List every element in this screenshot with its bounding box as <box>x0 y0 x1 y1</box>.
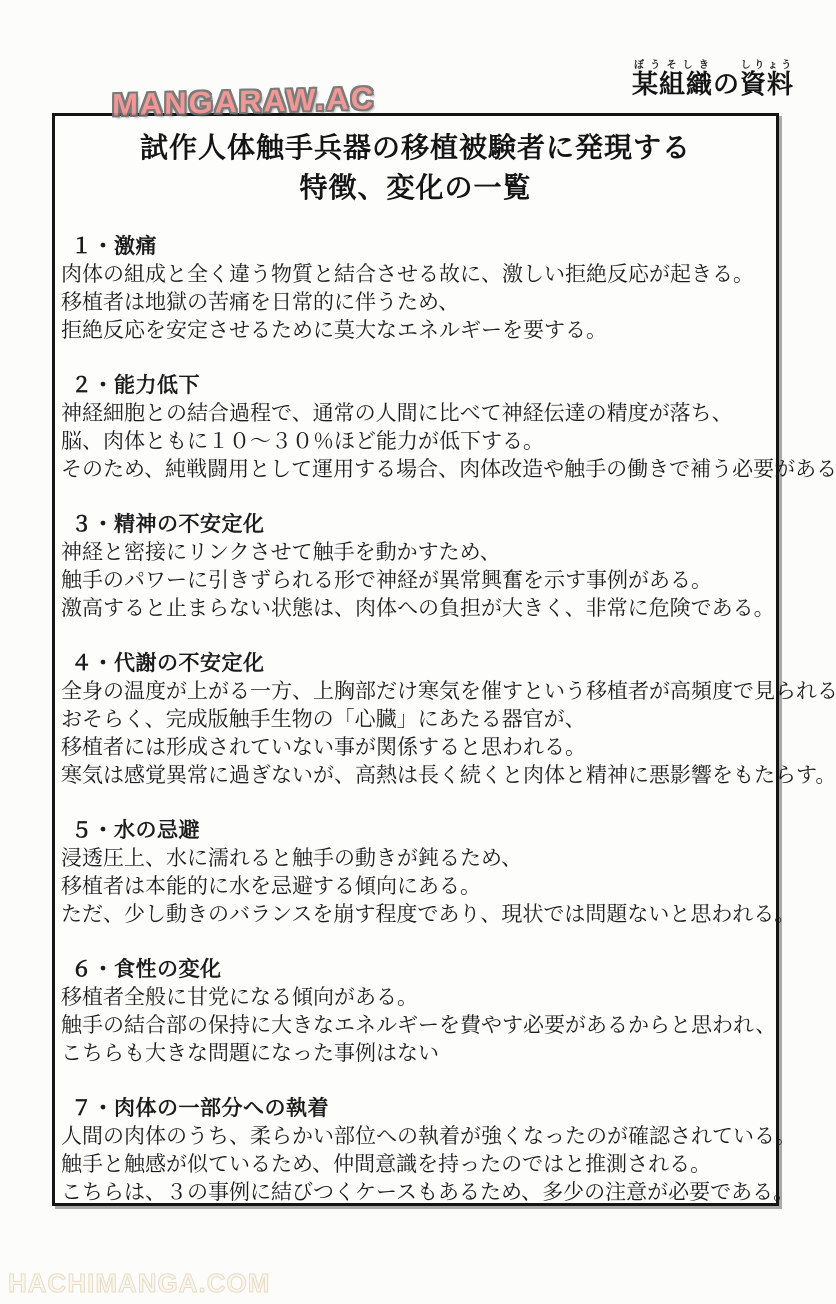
section-lines: 浸透圧上、水に濡れると触手の動きが鈍るため、移植者は本能的に水を忌避する傾向にあ… <box>61 844 770 928</box>
section: ２・能力低下 神経細胞との結合過程で、通常の人間に比べて神経伝達の精度が落ち、脳… <box>61 371 770 483</box>
section-heading: ３・精神の不安定化 <box>61 510 770 538</box>
section-line: 拒絶反応を安定させるために莫大なエネルギーを要する。 <box>61 316 770 344</box>
section-heading: ４・代謝の不安定化 <box>61 649 770 677</box>
section-lines: 人間の肉体のうち、柔らかい部位への執着が強くなったのが確認されている。触手と触感… <box>61 1122 770 1206</box>
document-title-line-2: 特徴、変化の一覧 <box>61 169 770 209</box>
section-heading: ５・水の忌避 <box>61 816 770 844</box>
section-line: 移植者には形成されていない事が関係すると思われる。 <box>61 733 770 761</box>
section-line: 移植者全般に甘党になる傾向がある。 <box>61 983 770 1011</box>
section-line: こちらは、３の事例に結びつくケースもあるため、多少の注意が必要である。 <box>61 1178 770 1206</box>
section-line: 触手の結合部の保持に大きなエネルギーを費やす必要があるからと思われ、 <box>61 1011 770 1039</box>
section-list: １・激痛 肉体の組成と全く違う物質と結合させる故に、激しい拒絶反応が起きる。移植… <box>61 232 770 1206</box>
section-line: 触手のパワーに引きずられる形で神経が異常興奮を示す事例がある。 <box>61 566 770 594</box>
section-line: 神経と密接にリンクさせて触手を動かすため、 <box>61 538 770 566</box>
section-line: おそらく、完成版触手生物の「心臓」にあたる器官が、 <box>61 705 770 733</box>
section-lines: 神経細胞との結合過程で、通常の人間に比べて神経伝達の精度が落ち、脳、肉体ともに１… <box>61 399 770 483</box>
section-line: ただ、少し動きのバランスを崩す程度であり、現状では問題ないと思われる。 <box>61 900 770 928</box>
section-line: 肉体の組成と全く違う物質と結合させる故に、激しい拒絶反応が起きる。 <box>61 260 770 288</box>
section-line: 神経細胞との結合過程で、通常の人間に比べて神経伝達の精度が落ち、 <box>61 399 770 427</box>
document-title: 試作人体触手兵器の移植被験者に発現する 特徴、変化の一覧 <box>61 129 770 209</box>
section-line: そのため、純戦闘用として運用する場合、肉体改造や触手の働きで補う必要がある。 <box>61 455 770 483</box>
section: ３・精神の不安定化 神経と密接にリンクさせて触手を動かすため、触手のパワーに引き… <box>61 510 770 622</box>
section: １・激痛 肉体の組成と全く違う物質と結合させる故に、激しい拒絶反応が起きる。移植… <box>61 232 770 344</box>
section: ７・肉体の一部分への執着 人間の肉体のうち、柔らかい部位への執着が強くなったのが… <box>61 1094 770 1206</box>
section-line: 浸透圧上、水に濡れると触手の動きが鈍るため、 <box>61 844 770 872</box>
section-line: 触手と触感が似ているため、仲間意識を持ったのではと推測される。 <box>61 1150 770 1178</box>
watermark-mangaraw: MANGARAW.AC <box>112 81 375 124</box>
section-line: 全身の温度が上がる一方、上胸部だけ寒気を催すという移植者が高頻度で見られる。 <box>61 677 770 705</box>
section-heading: ６・食性の変化 <box>61 955 770 983</box>
section-lines: 神経と密接にリンクさせて触手を動かすため、触手のパワーに引きずられる形で神経が異… <box>61 538 770 622</box>
ruby-base: 某組織ぼうそしき <box>632 70 713 99</box>
section-lines: 肉体の組成と全く違う物質と結合させる故に、激しい拒絶反応が起きる。移植者は地獄の… <box>61 260 770 344</box>
section-line: 脳、肉体ともに１０～３０％ほど能力が低下する。 <box>61 427 770 455</box>
ruby-furigana: ぼうそしき <box>632 60 713 71</box>
ruby-plain: の <box>713 70 740 99</box>
section-heading: ７・肉体の一部分への執着 <box>61 1094 770 1122</box>
section: ６・食性の変化 移植者全般に甘党になる傾向がある。触手の結合部の保持に大きなエネ… <box>61 955 770 1067</box>
section-lines: 移植者全般に甘党になる傾向がある。触手の結合部の保持に大きなエネルギーを費やす必… <box>61 983 770 1067</box>
section-line: 移植者は本能的に水を忌避する傾向にある。 <box>61 872 770 900</box>
section: ５・水の忌避 浸透圧上、水に濡れると触手の動きが鈍るため、移植者は本能的に水を忌… <box>61 816 770 928</box>
section-heading: ２・能力低下 <box>61 371 770 399</box>
watermark-hachimanga: HACHIMANGA.COM <box>8 1268 270 1299</box>
section-heading: １・激痛 <box>61 232 770 260</box>
section-line: 寒気は感覚異常に過ぎないが、高熱は長く続くと肉体と精神に悪影響をもたらす。 <box>61 761 770 789</box>
document-source-label: 某組織ぼうそしきの資料しりょう <box>632 60 794 100</box>
ruby-base: 資料しりょう <box>740 70 794 99</box>
section-line: 移植者は地獄の苦痛を日常的に伴うため、 <box>61 288 770 316</box>
page-root: { "page": { "watermark_top": "MANGARAW.A… <box>0 0 836 1304</box>
section-line: 激高すると止まらない状態は、肉体への負担が大きく、非常に危険である。 <box>61 594 770 622</box>
section-line: こちらも大きな問題になった事例はない <box>61 1039 770 1067</box>
section-line: 人間の肉体のうち、柔らかい部位への執着が強くなったのが確認されている。 <box>61 1122 770 1150</box>
document-title-line-1: 試作人体触手兵器の移植被験者に発現する <box>61 129 770 169</box>
document-panel: 試作人体触手兵器の移植被験者に発現する 特徴、変化の一覧 １・激痛 肉体の組成と… <box>52 113 779 1206</box>
ruby-furigana: しりょう <box>740 60 794 71</box>
section-lines: 全身の温度が上がる一方、上胸部だけ寒気を催すという移植者が高頻度で見られる。おそ… <box>61 677 770 789</box>
section: ４・代謝の不安定化 全身の温度が上がる一方、上胸部だけ寒気を催すという移植者が高… <box>61 649 770 789</box>
